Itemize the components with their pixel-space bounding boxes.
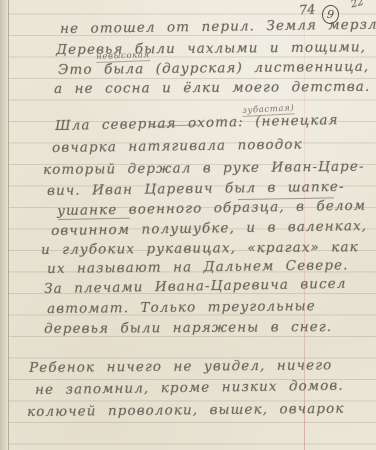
handwritten-line: колючей проволоки, вышек, овчарок	[27, 401, 345, 420]
handwritten-line: а не сосна и ёлки моего детства.	[54, 79, 370, 97]
handwritten-line: Это была (даурская) лиственница,	[58, 59, 369, 78]
page-number: 74	[298, 2, 316, 18]
handwritten-line: Ребенок ничего не увидел, ничего	[29, 357, 332, 376]
handwritten-line: и глубоких рукавицах, «крагах» как	[41, 239, 359, 258]
handwritten-line: автомат. Только треугольные	[47, 298, 316, 317]
handwritten-line: деревья были наряжены в снег.	[44, 319, 332, 337]
manuscript-page: 74 9 22 не отошел от перил. Земля мерзла…	[0, 0, 376, 450]
handwritten-line: который держал в руке Иван-Царе-	[43, 159, 365, 178]
page-left-edge	[0, 0, 9, 450]
